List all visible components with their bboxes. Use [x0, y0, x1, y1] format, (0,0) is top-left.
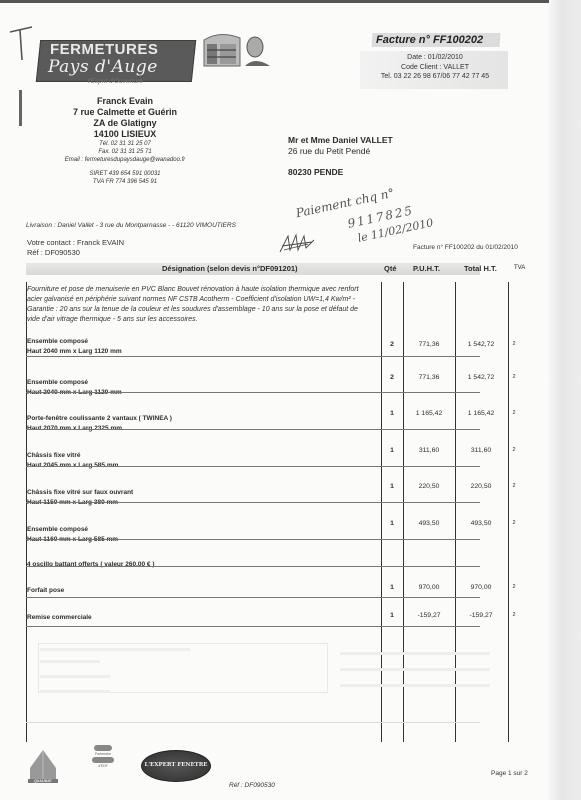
seller-address-line2: ZA de Glatigny — [40, 118, 210, 129]
line-item-unit-price: 493,50 — [403, 520, 455, 527]
invoice-date: Date : 01/02/2010 — [360, 53, 510, 63]
row-separator — [26, 566, 480, 567]
line-item-tva: 2 — [508, 520, 520, 526]
signature-scribble — [278, 232, 318, 254]
line-item-description: Remise commerciale — [27, 613, 92, 623]
line-item-title: Châssis fixe vitré — [27, 451, 118, 461]
edf-partner-logo: Partenaire d'EDF — [88, 745, 118, 769]
header-unit-price: P.U.H.T. — [413, 264, 440, 273]
row-separator — [26, 502, 480, 503]
partner-label-top: Partenaire — [88, 752, 118, 757]
line-item-total: -159,27 — [455, 612, 507, 619]
invoice-number: Facture n° FF100202 — [376, 34, 483, 46]
table-divider-total — [455, 282, 456, 742]
table-divider-pu — [403, 282, 404, 742]
line-item-description: Châssis fixe vitréHaut 2045 mm x Larg 58… — [27, 451, 118, 471]
line-item-title: Ensemble composé — [27, 525, 118, 535]
header-tva: TVA — [514, 265, 525, 271]
line-item-unit-price: 771,36 — [403, 374, 455, 381]
qualibat-label: QUALIBAT — [28, 779, 58, 783]
footer-reference: Réf : DF090530 — [229, 782, 275, 789]
table-divider-tva — [508, 282, 509, 742]
line-item-description: Porte-fenêtre coulissante 2 vantaux ( TW… — [27, 414, 172, 434]
client-street: 26 rue du Petit Pendé — [288, 146, 393, 157]
line-item-title: Forfait pose — [27, 586, 64, 596]
line-item-description: Ensemble composéHaut 2040 mm x Larg 1120… — [27, 337, 122, 357]
line-item-total: 970,00 — [455, 584, 507, 591]
faded-line — [340, 652, 490, 655]
edf-badge-icon — [94, 745, 112, 751]
line-item-title: Remise commerciale — [27, 613, 92, 623]
line-item-total: 493,50 — [455, 520, 507, 527]
row-separator — [26, 597, 480, 598]
line-item-qty: 1 — [381, 584, 403, 591]
line-item-tva: 2 — [508, 374, 520, 380]
line-item-unit-price: 771,36 — [403, 341, 455, 348]
seller-address-block: Franck Evain 7 rue Calmette et Guérin ZA… — [40, 96, 210, 186]
seller-tel: Tél. 02 31 31 25 07 — [40, 140, 210, 148]
line-item-description: 4 oscillo battant offerts ( valeur 260.0… — [27, 560, 155, 570]
row-separator — [26, 466, 480, 467]
line-item-unit-price: 220,50 — [403, 483, 455, 490]
faded-line — [340, 684, 490, 687]
line-item-description: Ensemble composéHaut 1160 mm x Larg 585 … — [27, 525, 118, 545]
faded-line — [40, 675, 110, 678]
contact-ref: Réf : DF090530 — [27, 248, 124, 258]
handwritten-t-mark — [8, 24, 34, 64]
row-separator — [26, 392, 480, 393]
header-total: Total H.T. — [464, 264, 497, 273]
line-item-total: 311,60 — [455, 447, 507, 454]
logo-script: Pays d'Auge — [48, 57, 158, 77]
line-item-unit-price: 1 165,42 — [403, 410, 455, 417]
line-item-qty: 1 — [381, 410, 403, 417]
faded-line — [40, 648, 190, 651]
client-city: 80230 PENDE — [288, 167, 393, 178]
line-item-qty: 1 — [381, 612, 403, 619]
line-item-qty: 1 — [381, 483, 403, 490]
logo-title: FERMETURES — [50, 41, 158, 58]
scan-top-edge — [0, 0, 581, 3]
line-item-tva: 2 — [508, 341, 520, 347]
logo-tagline: l'Esprit d'Ouverture — [88, 78, 143, 85]
invoice-page: FERMETURES Pays d'Auge l'Esprit d'Ouvert… — [0, 0, 581, 800]
seller-name: Franck Evain — [40, 96, 210, 107]
client-code: Code Client : VALLET — [360, 63, 510, 73]
line-item-description: Forfait pose — [27, 586, 64, 596]
row-separator — [26, 626, 480, 627]
seller-address-line1: 7 rue Calmette et Guérin — [40, 107, 210, 118]
line-item-qty: 2 — [381, 374, 403, 381]
line-item-title: Châssis fixe vitré sur faux ouvrant — [27, 488, 133, 498]
line-item-total: 1 542,72 — [455, 341, 507, 348]
client-name: Mr et Mme Daniel VALLET — [288, 135, 393, 146]
line-item-qty: 2 — [381, 341, 403, 348]
header-designation: Désignation (selon devis n°DF091201) — [162, 264, 298, 273]
line-item-title: 4 oscillo battant offerts ( valeur 260.0… — [27, 560, 155, 570]
delivery-address: Livraison : Daniel Vallet - 3 rue du Mon… — [26, 222, 236, 229]
partner-label-bottom: d'EDF — [88, 764, 118, 769]
product-description: Fourniture et pose de menuiserie en PVC … — [27, 285, 372, 325]
line-item-dimensions: Haut 2040 mm x Larg 1120 mm — [27, 388, 122, 398]
faded-line — [340, 668, 490, 671]
seller-tva: TVA FR 774 396 545 91 — [40, 178, 210, 186]
line-item-tva: 2 — [508, 584, 520, 590]
line-item-total: 1 542,72 — [455, 374, 507, 381]
faded-rule — [26, 722, 480, 723]
line-item-tva: 2 — [508, 483, 520, 489]
scan-right-shadow — [549, 0, 581, 800]
line-item-tva: 2 — [508, 410, 520, 416]
line-item-tva: 2 — [508, 612, 520, 618]
line-item-unit-price: 311,60 — [403, 447, 455, 454]
contact-name: Votre contact : Franck EVAIN — [27, 238, 124, 248]
row-separator — [26, 429, 480, 430]
line-item-title: Ensemble composé — [27, 378, 122, 388]
line-item-title: Ensemble composé — [27, 337, 122, 347]
contact-block: Votre contact : Franck EVAIN Réf : DF090… — [27, 238, 124, 258]
edf-logo-icon — [92, 757, 114, 763]
line-item-description: Ensemble composéHaut 2040 mm x Larg 1120… — [27, 378, 122, 398]
table-divider-qty — [381, 282, 382, 742]
faded-line — [40, 660, 100, 663]
page-number: Page 1 sur 2 — [491, 770, 528, 777]
line-item-qty: 1 — [381, 520, 403, 527]
line-item-tva: 2 — [508, 447, 520, 453]
line-item-total: 1 165,42 — [455, 410, 507, 417]
client-address-block: Mr et Mme Daniel VALLET 26 rue du Petit … — [288, 135, 393, 178]
line-item-qty: 1 — [381, 447, 403, 454]
line-item-title: Porte-fenêtre coulissante 2 vantaux ( TW… — [27, 414, 172, 424]
handwritten-bar-mark — [19, 90, 22, 126]
line-item-total: 220,50 — [455, 483, 507, 490]
header-qty: Qté — [384, 264, 397, 273]
line-item-dimensions: Haut 1160 mm x Larg 585 mm — [27, 535, 118, 545]
invoice-reference-line: Facture n° FF100202 du 01/02/2010 — [413, 244, 518, 251]
line-item-description: Châssis fixe vitré sur faux ouvrantHaut … — [27, 488, 133, 508]
window-and-person-photo-icon — [200, 30, 278, 68]
seller-city: 14100 LISIEUX — [40, 129, 210, 140]
row-separator — [26, 356, 480, 357]
seller-siret: SIRET 439 654 591 00031 — [40, 170, 210, 178]
client-phone: Tel. 03 22 26 98 67/06 77 42 77 45 — [360, 72, 510, 82]
row-separator — [26, 539, 480, 540]
line-item-unit-price: -159,27 — [403, 612, 455, 619]
seller-fax: Fax. 02 31 31 25 71 — [40, 148, 210, 156]
seller-email: Email : fermeturesdupaysdauge@wanadoo.fr — [40, 156, 210, 164]
invoice-meta: Date : 01/02/2010 Code Client : VALLET T… — [360, 53, 510, 82]
faded-line — [40, 690, 110, 693]
line-item-unit-price: 970,00 — [403, 584, 455, 591]
line-item-dimensions: Haut 1150 mm x Larg 380 mm — [27, 498, 133, 508]
expert-fenetre-label: L'EXPERT FENETRE — [141, 762, 211, 768]
